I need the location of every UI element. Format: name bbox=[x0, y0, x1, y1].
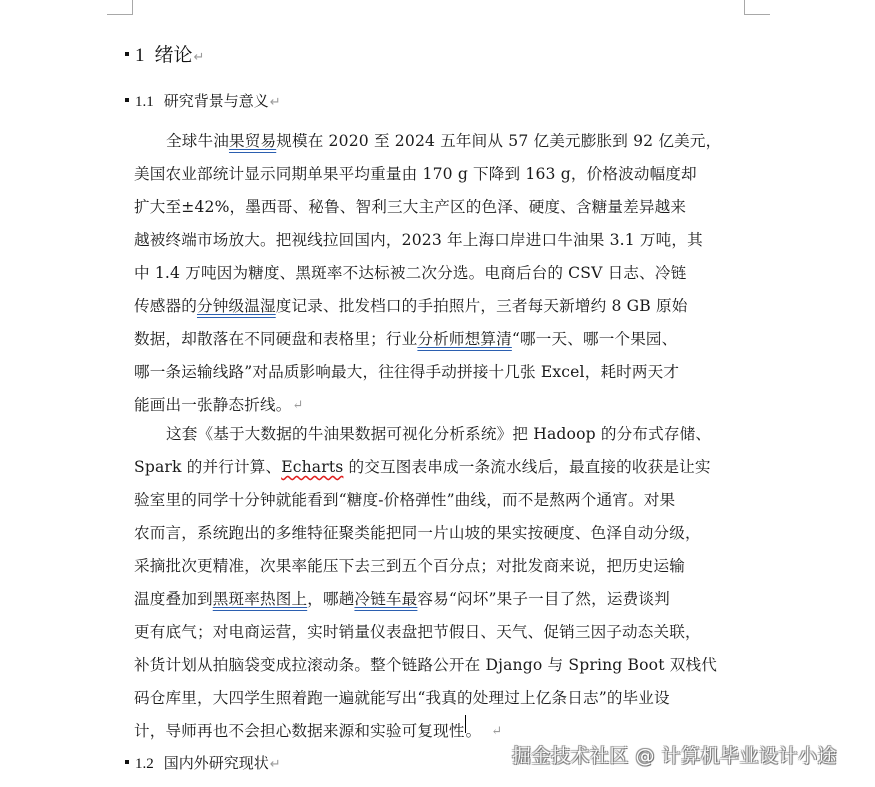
heading-title: 国内外研究现状 bbox=[164, 754, 269, 772]
grammar-flag[interactable]: 冷链车最 bbox=[354, 590, 417, 608]
text-line: 更有底气；对电商运营，实时销量仪表盘把节假日、天气、促销三因子动态关联， bbox=[134, 616, 746, 649]
text-line: 美国农业部统计显示同期单果平均重量由 170 g 下降到 163 g，价格波动幅… bbox=[134, 158, 746, 191]
text-line: 传感器的分钟级温湿度记录、批发档口的手拍照片，三者每天新增约 8 GB 原始 bbox=[134, 290, 746, 323]
text-line: 越被终端市场放大。把视线拉回国内，2023 年上海口岸进口牛油果 3.1 万吨，… bbox=[134, 224, 746, 257]
text-line: 扩大至±42%，墨西哥、秘鲁、智利三大主产区的色泽、硬度、含糖量差异越来 bbox=[134, 191, 746, 224]
text-line: 温度叠加到黑斑率热图上，哪趟冷链车最容易“闷坏”果子一目了然，运费谈判 bbox=[134, 583, 746, 616]
text-line: 数据，却散落在不同硬盘和表格里；行业分析师想算清“哪一天、哪一个果园、 bbox=[134, 323, 746, 356]
paragraph-significance[interactable]: 这套《基于大数据的牛油果数据可视化分析系统》把 Hadoop 的分布式存储、 S… bbox=[134, 418, 746, 748]
heading-1-2-research-status[interactable]: 1.2国内外研究现状↵ bbox=[125, 752, 281, 773]
list-bullet-icon bbox=[125, 98, 129, 102]
text-line: 全球牛油果贸易规模在 2020 至 2024 五年间从 57 亿美元膨胀到 92… bbox=[134, 125, 746, 158]
text-line: 验室里的同学十分钟就能看到“糖度-价格弹性”曲线，而不是熬两个通宵。对果 bbox=[134, 484, 746, 517]
heading-title: 研究背景与意义 bbox=[164, 92, 269, 110]
text-line: 采摘批次更精准，次果率能压下去三到五个百分点；对批发商来说，把历史运输 bbox=[134, 550, 746, 583]
heading-1-1-background[interactable]: 1.1研究背景与意义↵ bbox=[125, 90, 281, 111]
heading-1-introduction[interactable]: 1绪论↵ bbox=[125, 40, 204, 67]
crop-mark-left-vertical bbox=[132, 0, 133, 15]
paragraph-mark-icon: ↵ bbox=[194, 50, 205, 65]
text-line: 补货计划从拍脑袋变成拉滚动条。整个链路公开在 Django 与 Spring B… bbox=[134, 649, 746, 682]
paragraph-mark-icon: ↵ bbox=[270, 95, 281, 110]
grammar-flag[interactable]: 果贸易 bbox=[229, 132, 276, 150]
crop-mark-left-horizontal bbox=[107, 14, 133, 15]
text-line: 中 1.4 万吨因为糖度、黑斑率不达标被二次分选。电商后台的 CSV 日志、冷链 bbox=[134, 257, 746, 290]
text-line: 码仓库里，大四学生照着跑一遍就能写出“我真的处理过上亿条日志”的毕业设 bbox=[134, 682, 746, 715]
grammar-flag[interactable]: 黑斑率热图上 bbox=[213, 590, 307, 608]
grammar-flag[interactable]: 分析师想算清 bbox=[417, 330, 511, 348]
text-line: 哪一条运输线路”对品质影响最大，往往得手动拼接十几张 Excel，耗时两天才 bbox=[134, 356, 746, 389]
text-line: 这套《基于大数据的牛油果数据可视化分析系统》把 Hadoop 的分布式存储、 bbox=[134, 418, 746, 451]
list-bullet-icon bbox=[125, 52, 129, 56]
heading-number: 1.1 bbox=[135, 94, 154, 110]
heading-number: 1 bbox=[135, 45, 145, 66]
crop-mark-right-vertical bbox=[744, 0, 745, 15]
heading-number: 1.2 bbox=[135, 756, 154, 772]
watermark: 掘金技术社区 @ 计算机毕业设计小途 bbox=[512, 741, 837, 768]
paragraph-mark-icon: ↵ bbox=[270, 757, 281, 772]
list-bullet-icon bbox=[125, 760, 129, 764]
spelling-flag[interactable]: Echarts bbox=[281, 458, 343, 476]
crop-mark-right-horizontal bbox=[744, 14, 770, 15]
text-line: Spark 的并行计算、Echarts 的交互图表串成一条流水线后，最直接的收获… bbox=[134, 451, 746, 484]
paragraph-mark-icon: ↵ bbox=[491, 715, 502, 748]
paragraph-background[interactable]: 全球牛油果贸易规模在 2020 至 2024 五年间从 57 亿美元膨胀到 92… bbox=[134, 125, 746, 422]
text-line: 农而言，系统跑出的多维特征聚类能把同一片山坡的果实按硬度、色泽自动分级， bbox=[134, 517, 746, 550]
grammar-flag[interactable]: 分钟级温湿 bbox=[197, 297, 276, 315]
heading-title: 绪论 bbox=[155, 44, 193, 66]
